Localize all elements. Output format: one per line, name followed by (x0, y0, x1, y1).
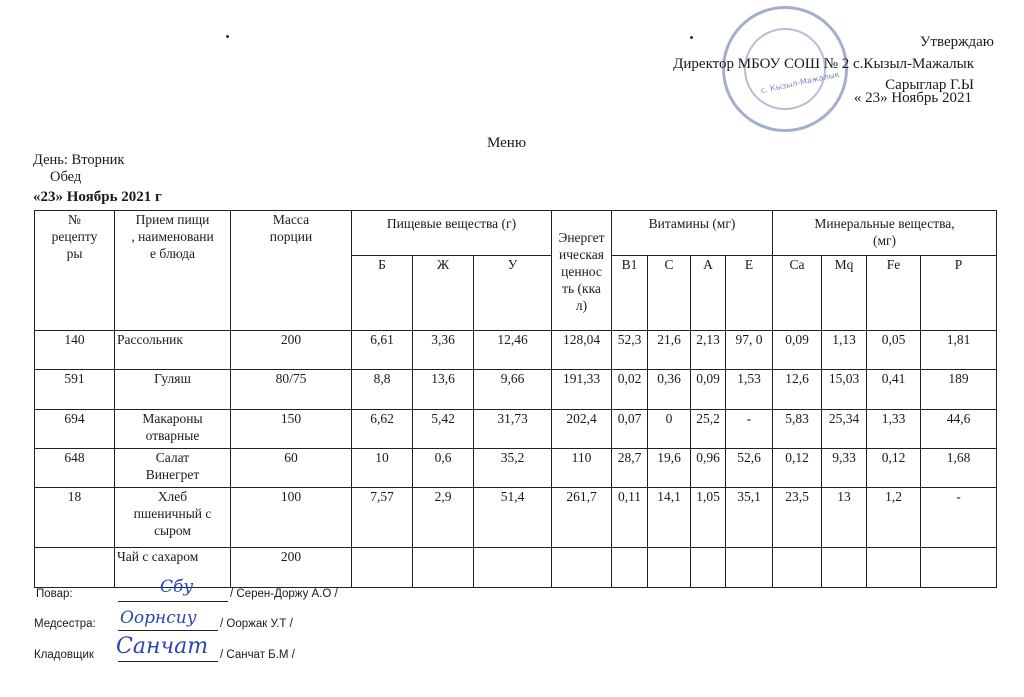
value-cell-mq: 15,03 (822, 370, 867, 410)
value-cell-u (474, 548, 552, 588)
value-cell-ca: 12,6 (773, 370, 822, 410)
value-cell-energy: 110 (552, 449, 612, 488)
table-row: 648СалатВинегрет60100,635,211028,719,60,… (35, 449, 997, 488)
value-cell-p: 189 (921, 370, 997, 410)
value-cell-b1: 0,02 (612, 370, 648, 410)
value-cell-mq: 9,33 (822, 449, 867, 488)
value-cell-fe: 0,12 (867, 449, 921, 488)
value-cell-e: 97, 0 (726, 331, 773, 370)
header-phosphorus: P (921, 256, 997, 331)
scan-speck (226, 35, 229, 38)
value-cell-b1: 28,7 (612, 449, 648, 488)
scan-speck (690, 36, 693, 39)
value-cell-ca: 5,83 (773, 410, 822, 449)
value-cell-a: 0,09 (691, 370, 726, 410)
header-energy-value: Энергет ическая ценнос ть (кка л) (552, 211, 612, 331)
value-cell-energy: 261,7 (552, 488, 612, 548)
dish-name-cell: СалатВинегрет (115, 449, 231, 488)
header-magnesium: Mq (822, 256, 867, 331)
document-title: Меню (487, 135, 526, 152)
table-row: 18Хлебпшеничный ссыром1007,572,951,4261,… (35, 488, 997, 548)
nurse-signature: Оорнсиу (120, 608, 197, 628)
value-cell-c: 0,36 (648, 370, 691, 410)
value-cell-zh: 13,6 (413, 370, 474, 410)
value-cell-mq: 25,34 (822, 410, 867, 449)
menu-table: № рецепту ры Прием пищи , наименовани е … (34, 210, 997, 588)
value-cell-zh: 5,42 (413, 410, 474, 449)
nurse-role: Медсестра: (34, 618, 96, 630)
value-cell-b: 6,62 (352, 410, 413, 449)
value-cell-c: 0 (648, 410, 691, 449)
value-cell-fe: 0,41 (867, 370, 921, 410)
value-cell-zh: 3,36 (413, 331, 474, 370)
storekeeper-signature: Санчат (116, 634, 208, 659)
header-vitamin-a: A (691, 256, 726, 331)
value-cell-u: 35,2 (474, 449, 552, 488)
value-cell-p: 1,68 (921, 449, 997, 488)
recipe-number-cell (35, 548, 115, 588)
header-recipe-number: № рецепту ры (35, 211, 115, 331)
value-cell-a (691, 548, 726, 588)
value-cell-zh: 2,9 (413, 488, 474, 548)
header-dish-name: Прием пищи , наименовани е блюда (115, 211, 231, 331)
meal-label: Обед (50, 169, 81, 186)
value-cell-fe (867, 548, 921, 588)
value-cell-c (648, 548, 691, 588)
recipe-number-cell: 648 (35, 449, 115, 488)
value-cell-energy (552, 548, 612, 588)
cook-role: Повар: (36, 588, 73, 600)
header-carbs: У (474, 256, 552, 331)
dish-name-cell: Макароныотварные (115, 410, 231, 449)
approval-date: « 23» Ноябрь 2021 (854, 90, 972, 107)
storekeeper-signature-line (118, 661, 218, 662)
value-cell-e: 1,53 (726, 370, 773, 410)
cook-name: / Серен-Доржу А.О / (230, 588, 338, 600)
storekeeper-role: Кладовщик (34, 649, 94, 661)
value-cell-a: 0,96 (691, 449, 726, 488)
value-cell-energy: 202,4 (552, 410, 612, 449)
portion-mass-cell: 60 (231, 449, 352, 488)
value-cell-b (352, 548, 413, 588)
nurse-name: / Ооржак У.Т / (220, 618, 293, 630)
value-cell-b1 (612, 548, 648, 588)
header-vitamin-e: E (726, 256, 773, 331)
header-calcium: Ca (773, 256, 822, 331)
value-cell-c: 21,6 (648, 331, 691, 370)
dish-name-cell: Хлебпшеничный ссыром (115, 488, 231, 548)
dish-name-cell: Гуляш (115, 370, 231, 410)
table-row: 591Гуляш80/758,813,69,66191,330,020,360,… (35, 370, 997, 410)
value-cell-ca: 0,12 (773, 449, 822, 488)
header-minerals-group: Минеральные вещества, (мг) (773, 211, 997, 256)
director-line: Директор МБОУ СОШ № 2 с.Кызыл-Мажалык (673, 56, 974, 73)
value-cell-energy: 128,04 (552, 331, 612, 370)
menu-date: «23» Ноябрь 2021 г (33, 189, 162, 206)
header-vitamins-group: Витамины (мг) (612, 211, 773, 256)
nurse-signature-line (118, 630, 218, 631)
header-iron: Fe (867, 256, 921, 331)
value-cell-u: 9,66 (474, 370, 552, 410)
value-cell-c: 14,1 (648, 488, 691, 548)
table-row: 694Макароныотварные1506,625,4231,73202,4… (35, 410, 997, 449)
dish-name-cell: Рассольник (115, 331, 231, 370)
value-cell-u: 51,4 (474, 488, 552, 548)
portion-mass-cell: 150 (231, 410, 352, 449)
value-cell-b: 7,57 (352, 488, 413, 548)
value-cell-p (921, 548, 997, 588)
recipe-number-cell: 140 (35, 331, 115, 370)
value-cell-a: 25,2 (691, 410, 726, 449)
value-cell-e: - (726, 410, 773, 449)
value-cell-mq: 13 (822, 488, 867, 548)
value-cell-fe: 1,2 (867, 488, 921, 548)
recipe-number-cell: 591 (35, 370, 115, 410)
value-cell-mq: 1,13 (822, 331, 867, 370)
value-cell-a: 2,13 (691, 331, 726, 370)
day-label: День: Вторник (33, 152, 124, 169)
value-cell-ca (773, 548, 822, 588)
value-cell-fe: 1,33 (867, 410, 921, 449)
value-cell-b1: 52,3 (612, 331, 648, 370)
value-cell-e: 35,1 (726, 488, 773, 548)
value-cell-p: 44,6 (921, 410, 997, 449)
value-cell-e: 52,6 (726, 449, 773, 488)
header-fat: Ж (413, 256, 474, 331)
value-cell-c: 19,6 (648, 449, 691, 488)
value-cell-b: 8,8 (352, 370, 413, 410)
value-cell-p: 1,81 (921, 331, 997, 370)
header-vitamin-c: C (648, 256, 691, 331)
value-cell-a: 1,05 (691, 488, 726, 548)
value-cell-e (726, 548, 773, 588)
cook-signature-line (118, 601, 228, 602)
value-cell-mq (822, 548, 867, 588)
storekeeper-name: / Санчат Б.М / (220, 649, 295, 661)
value-cell-energy: 191,33 (552, 370, 612, 410)
header-nutrients-group: Пищевые вещества (г) (352, 211, 552, 256)
header-protein: Б (352, 256, 413, 331)
portion-mass-cell: 80/75 (231, 370, 352, 410)
value-cell-b: 6,61 (352, 331, 413, 370)
value-cell-zh: 0,6 (413, 449, 474, 488)
value-cell-p: - (921, 488, 997, 548)
header-portion-mass: Масса порции (231, 211, 352, 331)
portion-mass-cell: 100 (231, 488, 352, 548)
value-cell-b: 10 (352, 449, 413, 488)
value-cell-b1: 0,07 (612, 410, 648, 449)
portion-mass-cell: 200 (231, 548, 352, 588)
recipe-number-cell: 18 (35, 488, 115, 548)
value-cell-zh (413, 548, 474, 588)
header-vitamin-b1: B1 (612, 256, 648, 331)
value-cell-fe: 0,05 (867, 331, 921, 370)
recipe-number-cell: 694 (35, 410, 115, 449)
portion-mass-cell: 200 (231, 331, 352, 370)
value-cell-b1: 0,11 (612, 488, 648, 548)
value-cell-ca: 0,09 (773, 331, 822, 370)
value-cell-u: 31,73 (474, 410, 552, 449)
table-row: 140Рассольник2006,613,3612,46128,0452,32… (35, 331, 997, 370)
value-cell-u: 12,46 (474, 331, 552, 370)
cook-signature: Сбу (160, 577, 193, 597)
value-cell-ca: 23,5 (773, 488, 822, 548)
approve-label: Утверждаю (920, 34, 994, 51)
